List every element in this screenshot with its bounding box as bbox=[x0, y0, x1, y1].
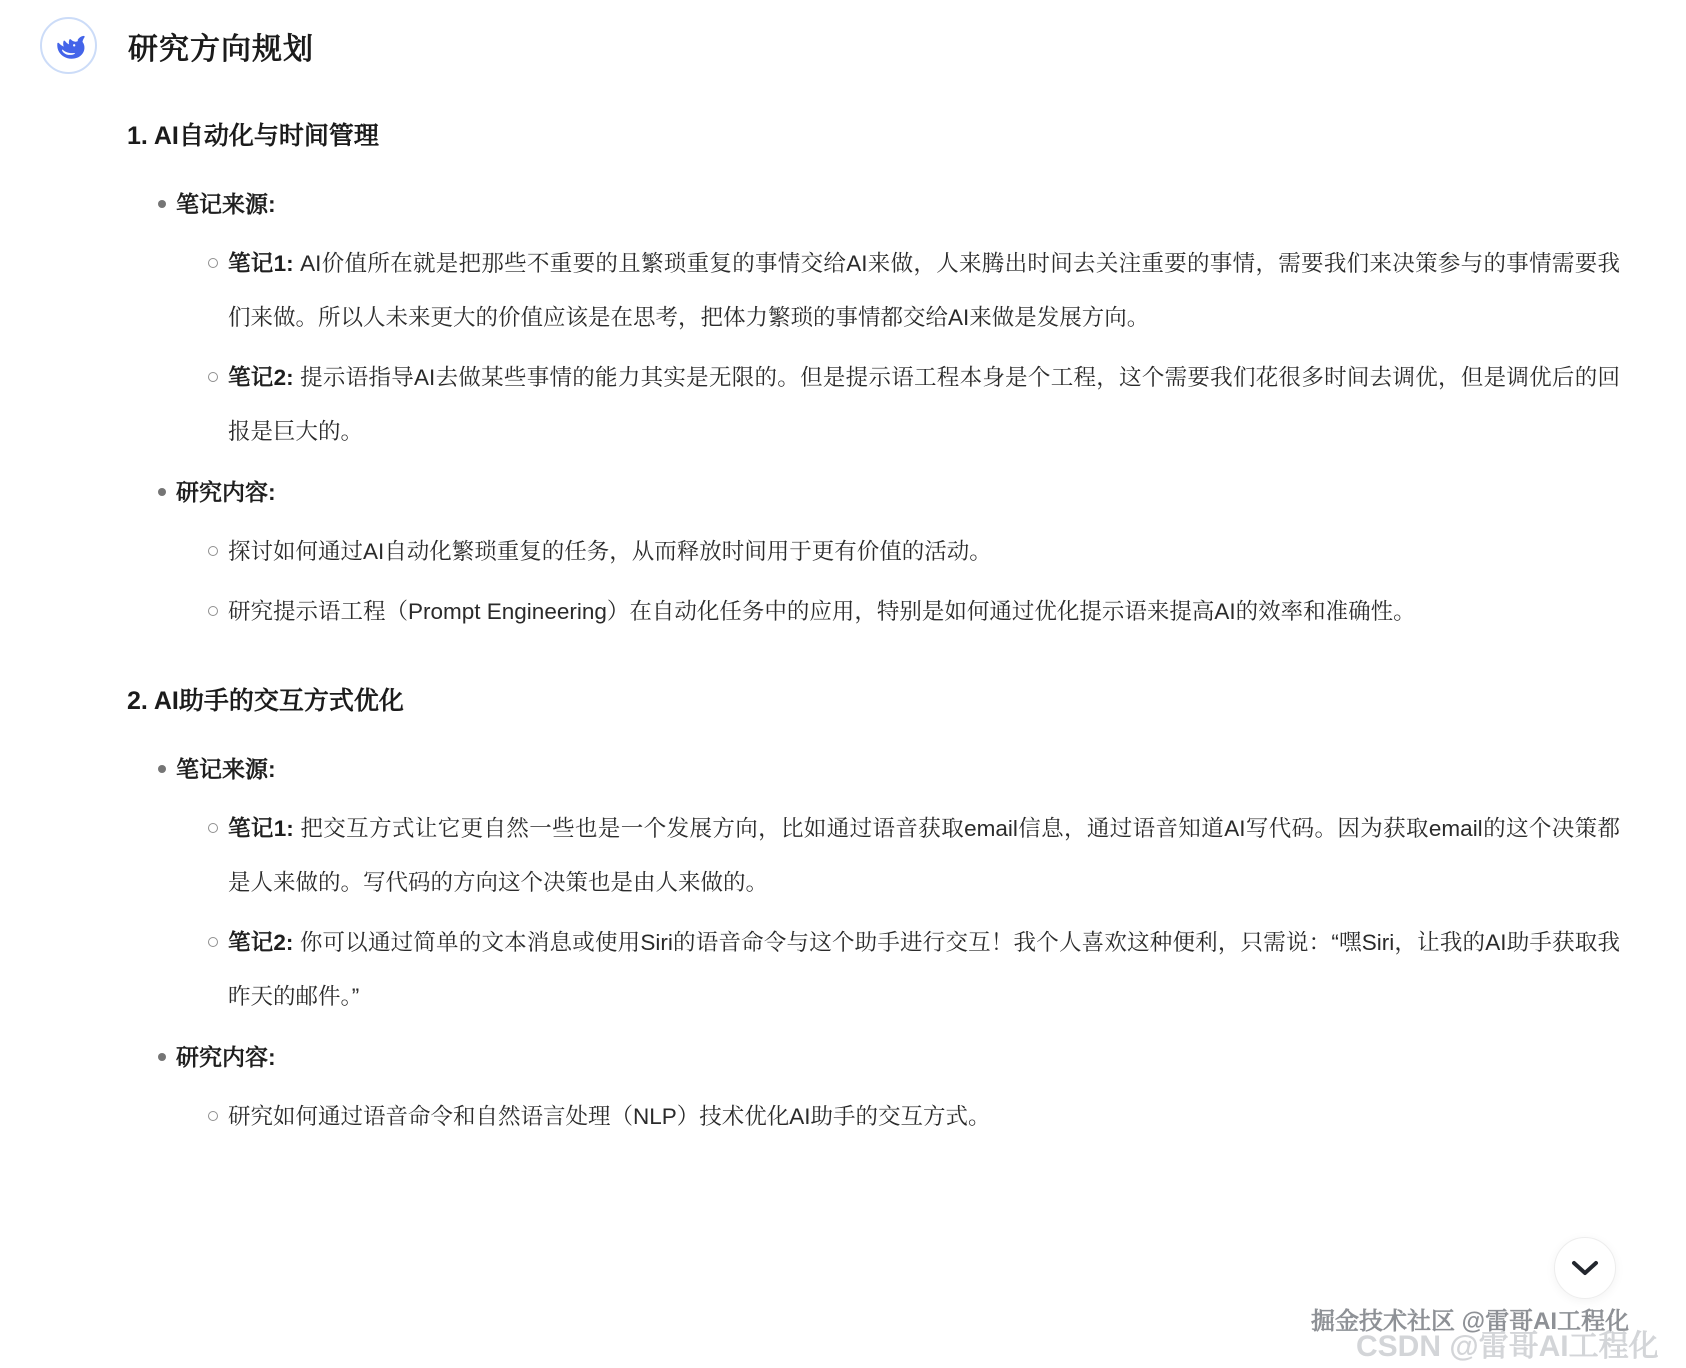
response-header: 研究方向规划 bbox=[0, 0, 1686, 74]
section-1-outline: 笔记来源: 笔记1: AI价值所在就是把那些不重要的且繁琐重复的事情交给AI来做… bbox=[127, 177, 1620, 639]
group-label-note-sources: 笔记来源: bbox=[127, 742, 1620, 796]
note-item: 笔记2: 你可以通过简单的文本消息或使用Siri的语音命令与这个助手进行交互！我… bbox=[127, 916, 1620, 1024]
deepseek-whale-icon bbox=[49, 26, 89, 66]
note-item-text: AI价值所在就是把那些不重要的且繁琐重复的事情交给AI来做，人来腾出时间去关注重… bbox=[228, 251, 1620, 330]
note-item-label: 笔记2: bbox=[228, 365, 294, 390]
note-item: 笔记1: 把交互方式让它更自然一些也是一个发展方向，比如通过语音获取email信… bbox=[127, 802, 1620, 910]
note-item-label: 笔记1: bbox=[228, 816, 294, 841]
group-label-research-content: 研究内容: bbox=[127, 465, 1620, 519]
research-item: 研究提示语工程（Prompt Engineering）在自动化任务中的应用，特别… bbox=[127, 585, 1620, 639]
page-title: 研究方向规划 bbox=[128, 24, 314, 68]
note-item-text: 提示语指导AI去做某些事情的能力其实是无限的。但是提示语工程本身是个工程，这个需… bbox=[228, 365, 1620, 444]
note-item-label: 笔记1: bbox=[228, 251, 294, 276]
section-heading-1: 1. AI自动化与时间管理 bbox=[127, 119, 1620, 153]
section-heading-2: 2. AI助手的交互方式优化 bbox=[127, 684, 1620, 718]
scroll-to-bottom-button[interactable] bbox=[1554, 1237, 1616, 1299]
note-item: 笔记2: 提示语指导AI去做某些事情的能力其实是无限的。但是提示语工程本身是个工… bbox=[127, 351, 1620, 459]
research-item: 研究如何通过语音命令和自然语言处理（NLP）技术优化AI助手的交互方式。 bbox=[127, 1090, 1620, 1144]
note-item-text: 把交互方式让它更自然一些也是一个发展方向，比如通过语音获取email信息，通过语… bbox=[228, 816, 1620, 895]
chevron-down-icon bbox=[1571, 1260, 1599, 1276]
research-item-text: 探讨如何通过AI自动化繁琐重复的任务，从而释放时间用于更有价值的活动。 bbox=[228, 539, 992, 564]
response-body: 1. AI自动化与时间管理 笔记来源: 笔记1: AI价值所在就是把那些不重要的… bbox=[0, 119, 1686, 1144]
research-item-text: 研究提示语工程（Prompt Engineering）在自动化任务中的应用，特别… bbox=[228, 599, 1416, 624]
group-label-research-content: 研究内容: bbox=[127, 1030, 1620, 1084]
assistant-avatar bbox=[40, 17, 97, 74]
chat-response-page: 研究方向规划 1. AI自动化与时间管理 笔记来源: 笔记1: AI价值所在就是… bbox=[0, 0, 1686, 1368]
research-item-text: 研究如何通过语音命令和自然语言处理（NLP）技术优化AI助手的交互方式。 bbox=[228, 1104, 991, 1129]
note-item-label: 笔记2: bbox=[228, 930, 293, 955]
note-item-text: 你可以通过简单的文本消息或使用Siri的语音命令与这个助手进行交互！我个人喜欢这… bbox=[228, 930, 1620, 1009]
watermark-csdn: CSDN @雷哥AI工程化 bbox=[1356, 1321, 1659, 1365]
note-item: 笔记1: AI价值所在就是把那些不重要的且繁琐重复的事情交给AI来做，人来腾出时… bbox=[127, 237, 1620, 345]
research-item: 探讨如何通过AI自动化繁琐重复的任务，从而释放时间用于更有价值的活动。 bbox=[127, 525, 1620, 579]
group-label-note-sources: 笔记来源: bbox=[127, 177, 1620, 231]
section-2-outline: 笔记来源: 笔记1: 把交互方式让它更自然一些也是一个发展方向，比如通过语音获取… bbox=[127, 742, 1620, 1144]
